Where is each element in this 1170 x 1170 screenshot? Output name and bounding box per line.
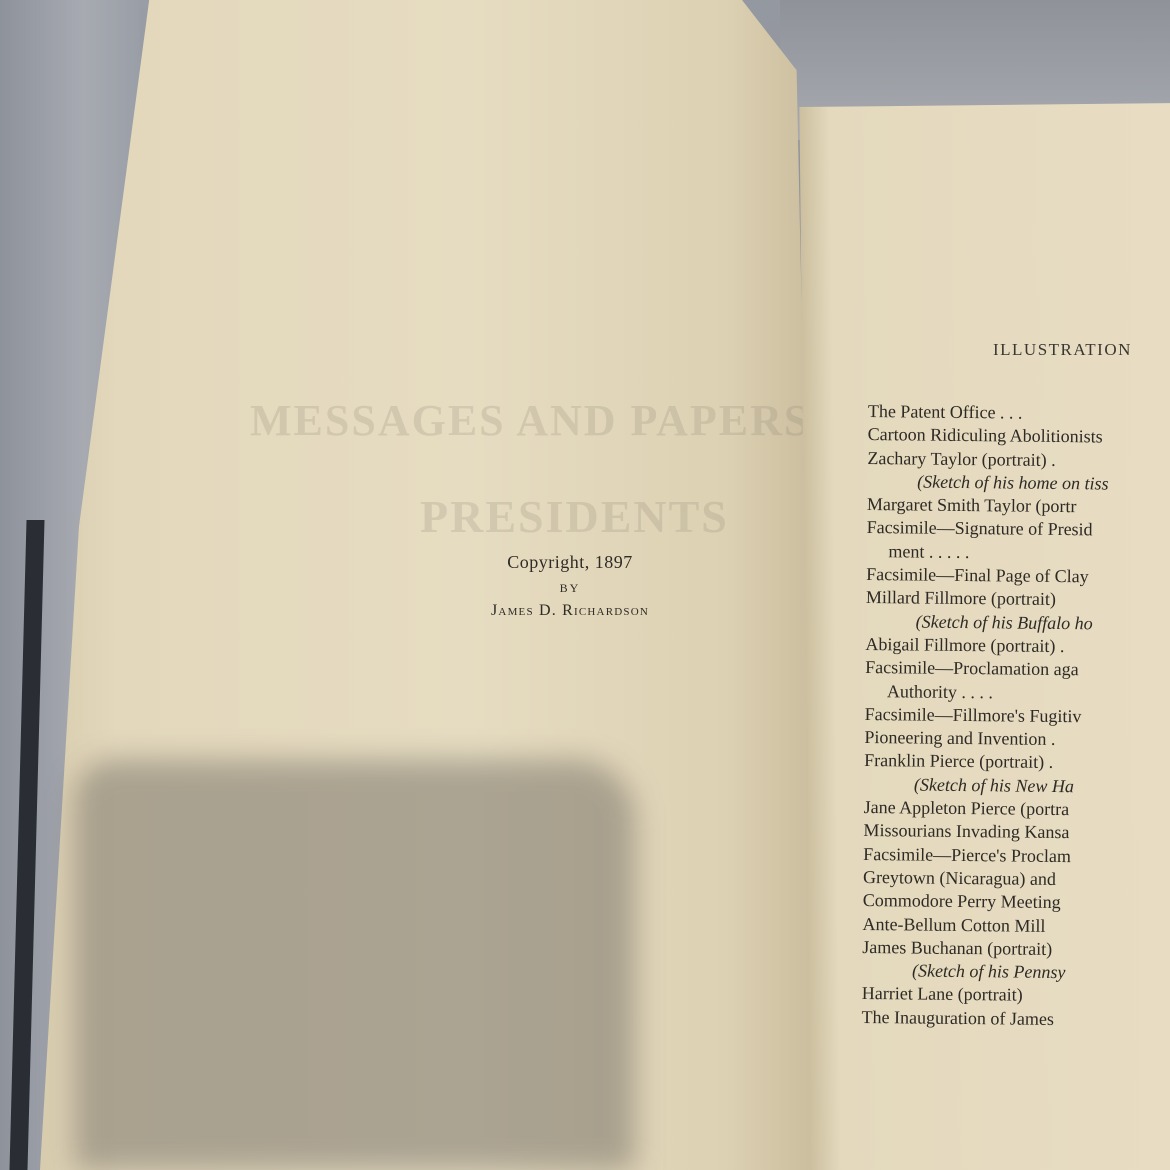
copyright-line: Copyright, 1897: [440, 552, 700, 573]
illustration-entry: Pioneering and Invention .: [864, 726, 1170, 753]
illustration-entry: Ante-Bellum Cotton Mill: [862, 913, 1170, 940]
illustration-entry: Authority . . . .: [865, 680, 1170, 707]
illustration-entry: The Patent Office . . .: [868, 400, 1170, 427]
illustration-entry: Facsimile—Signature of Presid: [867, 516, 1170, 543]
illustration-entry: Abigail Fillmore (portrait) .: [865, 633, 1170, 660]
hand-shadow: [75, 760, 635, 1170]
copyright-author: James D. Richardson: [440, 602, 700, 620]
illustration-entry: Margaret Smith Taylor (portr: [867, 493, 1170, 520]
illustration-entry: Greytown (Nicaragua) and: [863, 866, 1170, 893]
illustration-entry: Missourians Invading Kansa: [863, 819, 1170, 846]
illustration-entry: (Sketch of his Buffalo ho: [866, 610, 1170, 637]
illustration-entry: ment . . . . .: [866, 540, 1170, 567]
show-through-text: PRESIDENTS: [420, 490, 729, 543]
show-through-text: MESSAGES AND PAPERS: [250, 395, 810, 446]
illustration-entry: Commodore Perry Meeting: [863, 889, 1170, 916]
illustration-entry: Cartoon Ridiculing Abolitionists: [868, 423, 1170, 450]
illustration-entry: Facsimile—Pierce's Proclam: [863, 843, 1170, 870]
illustrations-list: The Patent Office . . .Cartoon Ridiculin…: [861, 400, 1170, 1032]
illustration-entry: (Sketch of his New Ha: [864, 773, 1170, 800]
illustration-entry: Franklin Pierce (portrait) .: [864, 749, 1170, 776]
illustration-entry: Zachary Taylor (portrait) .: [867, 447, 1170, 474]
illustration-entry: Facsimile—Final Page of Clay: [866, 563, 1170, 590]
illustration-entry: Jane Appleton Pierce (portra: [864, 796, 1170, 823]
illustration-entry: (Sketch of his home on tiss: [867, 470, 1170, 497]
illustration-entry: The Inauguration of James: [861, 1006, 1170, 1033]
illustrations-heading: ILLUSTRATION: [993, 340, 1132, 360]
copyright-by: BY: [440, 581, 700, 596]
illustration-entry: Facsimile—Proclamation aga: [865, 656, 1170, 683]
illustration-entry: Millard Fillmore (portrait): [866, 586, 1170, 613]
illustration-entry: Facsimile—Fillmore's Fugitiv: [865, 703, 1170, 730]
illustration-entry: James Buchanan (portrait): [862, 936, 1170, 963]
illustration-entry: Harriet Lane (portrait): [862, 982, 1170, 1009]
illustration-entry: (Sketch of his Pennsy: [862, 959, 1170, 986]
copyright-block: Copyright, 1897 BY James D. Richardson: [440, 552, 700, 620]
